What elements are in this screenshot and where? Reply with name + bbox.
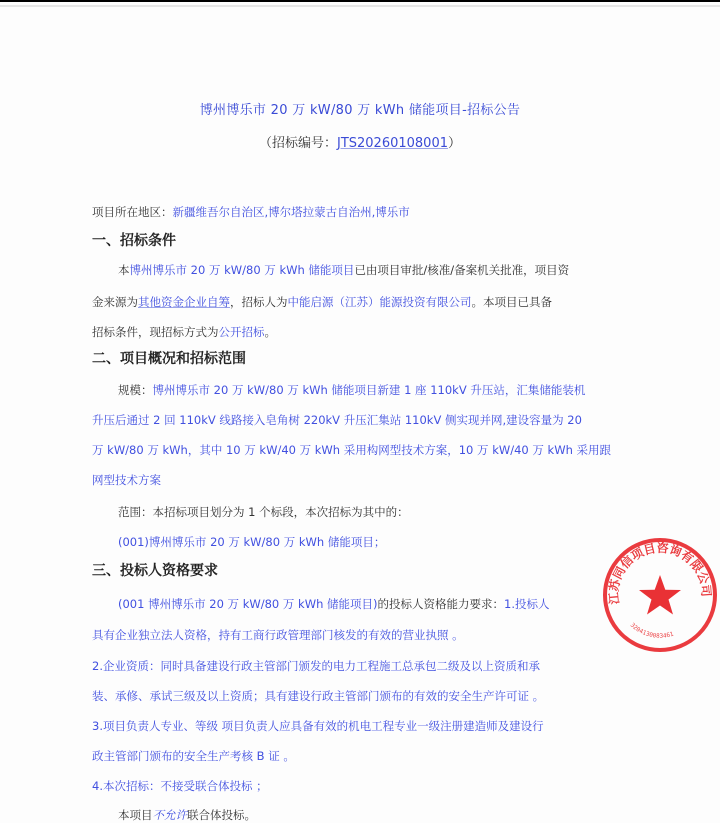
text: 联合体投标。 [187,808,256,822]
scale-line-3: 万 kW/80 万 kWh，其中 10 万 kW/40 万 kWh 采用构网型技… [92,442,637,458]
text: 金来源为 [92,295,138,309]
project-region: 项目所在地区：新疆维吾尔自治区,博尔塔拉蒙古自治州,博乐市 [92,204,637,220]
text: 本项目 [118,808,153,822]
text: 本 [118,263,130,277]
subtitle-prefix: （招标编号： [259,136,337,151]
text: 的投标人资格能力要求： [378,597,505,611]
region-value: 新疆维吾尔自治区,博尔塔拉蒙古自治州,博乐市 [173,205,410,219]
lot-item[interactable]: (001)博州博乐市 20 万 kW/80 万 kWh 储能项目； [118,534,663,550]
qualification-line-4: 装、承修、承试三级及以上资质；具有建设行政主管部门颁布的有效的安全生产许可证 。 [92,688,637,704]
qualification-line-7: 4.本次招标：不接受联合体投标 ； [92,778,637,794]
tender-conditions-line-3: 招标条件，现招标方式为公开招标。 [92,324,637,340]
tender-announcement-page: 博州博乐市 20 万 kW/80 万 kWh 储能项目-招标公告 （招标编号：J… [0,0,720,823]
subtitle-suffix: ） [448,136,461,151]
text: 招标条件，现招标方式为 [92,325,219,339]
project-name-link[interactable]: 博州博乐市 20 万 kW/80 万 kWh 储能项目 [130,263,355,277]
text: 已由项目审批/核准/备案机关批准，项目资 [354,263,569,277]
consortium-note: 本项目不允许联合体投标。 [118,807,663,823]
scale-label: 规模： [118,383,153,397]
text: 。 [265,325,277,339]
tender-method-link[interactable]: 公开招标 [219,325,265,339]
scope-text: 范围：本招标项目划分为 1 个标段，本次招标为其中的： [118,504,663,520]
tenderee-link[interactable]: 中能启源（江苏）能源投资有限公司 [288,295,472,309]
document-subtitle: （招标编号：JTS20260108001） [0,132,720,151]
svg-text:3204130083461: 3204130083461 [629,622,675,640]
document-title: 博州博乐市 20 万 kW/80 万 kWh 储能项目-招标公告 [0,99,720,118]
scale-line-1: 规模：博州博乐市 20 万 kW/80 万 kWh 储能项目新建 1 座 110… [118,382,663,398]
qualification-line-2: 具有企业独立法人资格，持有工商行政管理部门核发的有效的营业执照 。 [92,627,637,643]
qualification-line-6: 政主管部门颁布的安全生产考核 B 证 。 [92,748,637,764]
qualification-line-3: 2.企业资质：同时具备建设行政主管部门颁发的电力工程施工总承包二级及以上资质和承 [92,658,637,674]
official-seal: 江苏同信项目咨询有限公司 3204130083461 [600,537,720,655]
region-label: 项目所在地区： [92,205,173,219]
section-heading-bidder-qualifications: 三、投标人资格要求 [92,563,637,579]
scale-line-2: 升压后通过 2 回 110kV 线路接入皂角树 220kV 升压汇集站 110k… [92,412,637,428]
qualification-line-1: (001 博州博乐市 20 万 kW/80 万 kWh 储能项目)的投标人资格能… [118,596,663,612]
section-heading-overview-scope: 二、项目概况和招标范围 [92,351,637,367]
tender-conditions-line-2: 金来源为其他资金企业自筹，招标人为中能启源（江苏）能源投资有限公司。本项目已具备 [92,294,637,310]
funding-source-link[interactable]: 其他资金企业自筹 [138,295,230,309]
lot-reference: (001 博州博乐市 20 万 kW/80 万 kWh 储能项目) [118,597,378,611]
scale-line-4: 网型技术方案 [92,472,637,488]
seal-stamp-icon: 江苏同信项目咨询有限公司 3204130083461 [600,537,720,655]
qualification-line-5: 3.项目负责人专业、等级 项目负责人应具备有效的机电工程专业一级注册建造师及建设… [92,718,637,734]
tender-code-link[interactable]: JTS20260108001 [337,136,448,151]
text: ，招标人为 [230,295,288,309]
scale-text: 博州博乐市 20 万 kW/80 万 kWh 储能项目新建 1 座 110kV … [153,383,586,397]
tender-conditions-line-1: 本博州博乐市 20 万 kW/80 万 kWh 储能项目已由项目审批/核准/备案… [118,262,663,278]
text: 。本项目已具备 [472,295,553,309]
text: 1.投标人 [504,597,549,611]
consortium-status: 不允许 [153,808,188,822]
section-heading-tender-conditions: 一、招标条件 [92,233,637,249]
